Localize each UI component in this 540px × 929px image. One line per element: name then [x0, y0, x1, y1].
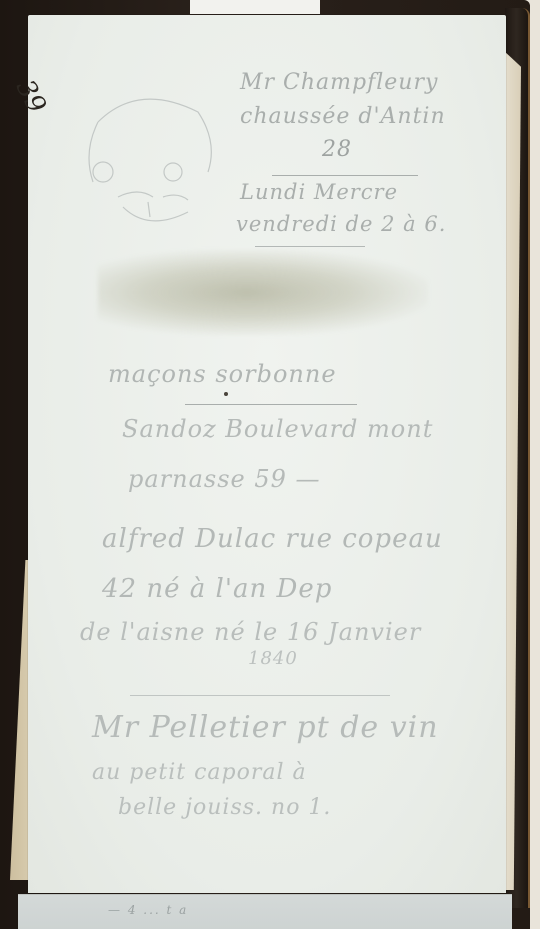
handwriting-line: 28 [322, 137, 352, 162]
divider-line [272, 175, 418, 176]
divider-line [130, 695, 390, 696]
handwriting-line: vendredi de 2 à 6. [236, 212, 446, 236]
handwriting-line: de l'aisne né le 16 Janvier [80, 618, 421, 646]
handwriting-line: 1840 [248, 648, 298, 669]
ink-dot [224, 392, 228, 396]
handwriting-line: au petit caporal à [92, 760, 307, 785]
handwriting-line: Mr Champfleury [240, 70, 438, 95]
handwriting-line: Mr Pelletier pt de vin [92, 710, 439, 745]
handwriting-line: chaussée d'Antin [240, 104, 446, 129]
handwriting-line: maçons sorbonne [108, 360, 337, 388]
divider-line [185, 404, 357, 405]
smudged-entry [98, 250, 428, 335]
lower-page-scribble: — 4 ... t a [108, 903, 188, 917]
divider-line [255, 246, 365, 247]
handwriting-line: Lundi Mercre [240, 180, 398, 204]
handwriting-line: parnasse 59 — [128, 465, 321, 493]
handwriting-line: Sandoz Boulevard mont [122, 415, 433, 443]
next-page-fold: — 4 ... t a [18, 894, 512, 929]
face-sketch-icon [78, 82, 218, 232]
handwriting-line: alfred Dulac rue copeau [102, 524, 443, 554]
handwriting-line: belle jouiss. no 1. [118, 795, 331, 820]
background-gap [190, 0, 320, 14]
handwriting-line: 42 né à l'an Dep [102, 574, 332, 604]
